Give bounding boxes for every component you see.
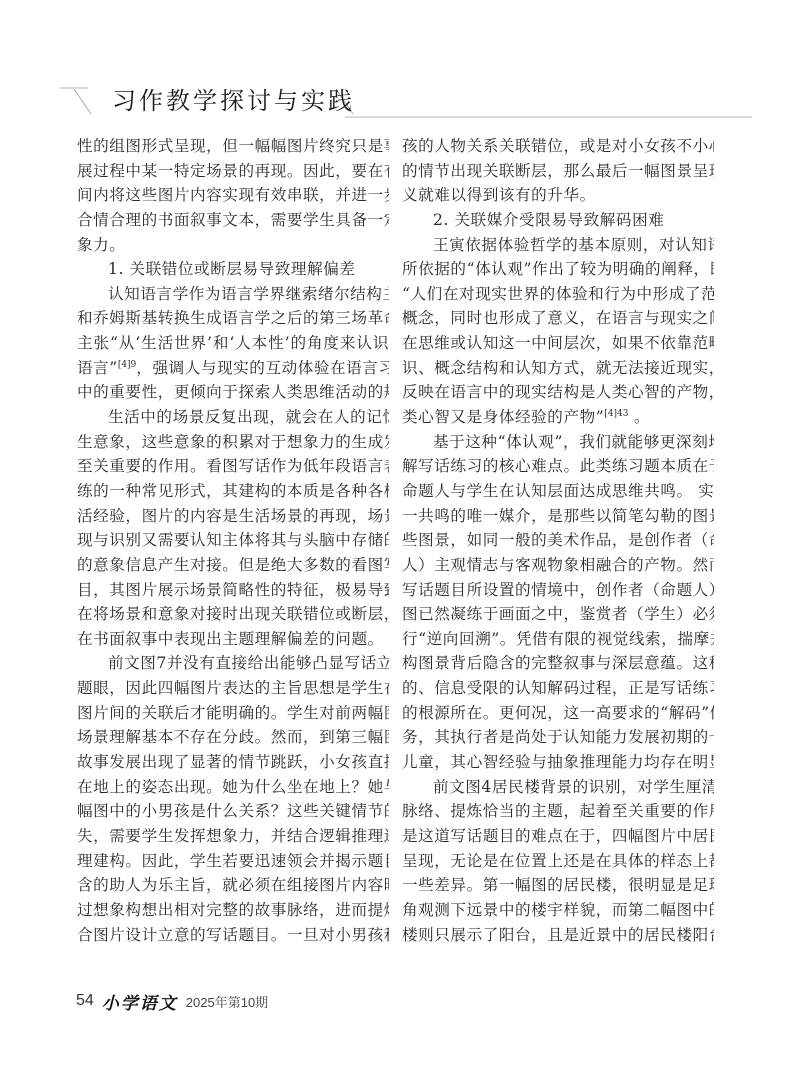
text-line: 至关重要的作用。看图写话作为低年段语言表达训 xyxy=(77,454,389,479)
line-text: 语言” xyxy=(77,359,118,377)
line-text: 的根源所在。更何况，这一高要求的“解码”任 xyxy=(402,704,714,722)
line-text: 务，其执行者是尚处于认知能力发展初期的七八岁 xyxy=(402,728,714,746)
text-line: 识、概念结构和认知方式，就无法接近现实，因此 xyxy=(402,356,714,381)
line-text: 呈现，无论是在位置上还是在具体的样态上都存在 xyxy=(402,852,714,870)
line-text: 中的重要性，更倾向于探索人类思维活动的规律。 xyxy=(77,383,389,401)
line-text: 现与识别又需要认知主体将其与头脑中存储的已有 xyxy=(77,531,389,549)
line-text: 构图景背后隐含的完整叙事与深层意蕴。这种单向 xyxy=(402,654,714,672)
text-line: 展过程中某一特定场景的再现。因此，要在有限时 xyxy=(77,159,389,184)
line-text: 角观测下远景中的楼宇样貌，而第二幅图中的居民 xyxy=(402,901,714,919)
line-text: 间内将这些图片内容实现有效串联，并进一步生成 xyxy=(77,186,389,204)
text-line: 性的组图形式呈现，但一幅幅图片终究只是事件发 xyxy=(77,134,389,159)
line-text: 1. 关联错位或断层易导致理解偏差 xyxy=(108,260,356,278)
text-line: 的情节出现关联断层，那么最后一幅图景呈现的意 xyxy=(402,159,714,184)
line-text: 目，其图片展示场景简略性的特征，极易导致学生 xyxy=(77,581,389,599)
section-header: 习作教学探讨与实践 xyxy=(0,0,800,130)
text-line: 务，其执行者是尚处于认知能力发展初期的七八岁 xyxy=(402,725,714,750)
line-text-continued: 。 xyxy=(628,408,650,426)
text-line: 象力。 xyxy=(77,233,389,258)
text-line: 呈现，无论是在位置上还是在具体的样态上都存在 xyxy=(402,849,714,874)
text-line: 认知语言学作为语言学界继索绪尔结构主义 xyxy=(77,282,389,307)
line-text: 前文图7并没有直接给出能够凸显写话立意的 xyxy=(108,654,389,672)
text-line: 练的一种常见形式，其建构的本质是各种各样的生 xyxy=(77,479,389,504)
text-line: 主张“从‘生活世界’和‘人本性’的角度来认识 xyxy=(77,331,389,356)
line-text: 在将场景和意象对接时出现关联错位或断层，从而 xyxy=(77,605,389,623)
line-text: 义就难以得到该有的升华。 xyxy=(402,186,596,204)
line-text: 王寅依据体验哲学的基本原则，对认知语言学 xyxy=(433,236,714,254)
line-text: 活经验，图片的内容是生活场景的再现，场景的再 xyxy=(77,507,389,525)
text-line: 类心智又是身体经验的产物”[4]43 。 xyxy=(402,405,714,430)
text-line: 失，需要学生发挥想象力，并结合逻辑推理进行合 xyxy=(77,824,389,849)
line-text: 所依据的“体认观”作出了较为明确的阐释，即 xyxy=(402,260,714,278)
text-line: 活经验，图片的内容是生活场景的再现，场景的再 xyxy=(77,504,389,529)
text-line: 的、信息受限的认知解码过程，正是写话练习痛点 xyxy=(402,676,714,701)
text-line: 中的重要性，更倾向于探索人类思维活动的规律。 xyxy=(77,380,389,405)
line-text: 展过程中某一特定场景的再现。因此，要在有限时 xyxy=(77,162,389,180)
text-line: 题眼，因此四幅图片表达的主旨思想是学生在搞清 xyxy=(77,676,389,701)
text-line: 在书面叙事中表现出主题理解偏差的问题。 xyxy=(77,627,389,652)
line-text: 场景理解基本不存在分歧。然而，到第三幅图时， xyxy=(77,728,389,746)
text-line: 概念，同时也形成了意义，在语言与现实之间还存 xyxy=(402,306,714,331)
line-text: 人）主观情志与客观物象相融合的产物。然而，在 xyxy=(402,556,714,574)
line-text: 象力。 xyxy=(77,236,125,254)
line-text: 含的助人为乐主旨，就必须在组接图片内容时，通 xyxy=(77,876,389,894)
line-text: 至关重要的作用。看图写话作为低年段语言表达训 xyxy=(77,457,389,475)
text-line: 在思维或认知这一中间层次，如果不依靠范畴知 xyxy=(402,331,714,356)
line-text: 儿童，其心智经验与抽象推理能力均存在明显局限。 xyxy=(402,753,714,771)
line-text: 一些差异。第一幅图的居民楼，很明显是足球场视 xyxy=(402,876,714,894)
line-text: 楼则只展示了阳台，且是近景中的居民楼阳台样 xyxy=(402,926,714,944)
text-line: “人们在对现实世界的体验和行为中形成了范畴和 xyxy=(402,282,714,307)
text-line: 合情合理的书面叙事文本，需要学生具备一定的想 xyxy=(77,208,389,233)
text-line: 目，其图片展示场景简略性的特征，极易导致学生 xyxy=(77,578,389,603)
line-text: 些图景，如同一般的美术作品，是创作者（命题 xyxy=(402,531,714,549)
text-line: 幅图中的小男孩是什么关系？这些关键情节的缺 xyxy=(77,799,389,824)
line-text: 生意象，这些意象的积累对于想象力的生成发挥着 xyxy=(77,433,389,451)
line-text: 幅图中的小男孩是什么关系？这些关键情节的缺 xyxy=(77,802,389,820)
line-text: 命题人与学生在认知层面达成思维共鸣。 实现这 xyxy=(402,482,714,500)
text-line: 场景理解基本不存在分歧。然而，到第三幅图时， xyxy=(77,725,389,750)
text-line: 图已然凝练于画面之中，鉴赏者（学生）必须进 xyxy=(402,602,714,627)
line-text: 2. 关联媒介受限易导致解码困难 xyxy=(433,211,664,229)
page-number: 54 xyxy=(76,992,94,1010)
text-line: 基于这种“体认观”，我们就能够更深刻地理 xyxy=(402,430,714,455)
line-text: 一共鸣的唯一媒介，是那些以简笔勾勒的图景。这 xyxy=(402,507,714,525)
line-text: 的意象信息产生对接。但是绝大多数的看图写话题 xyxy=(77,556,389,574)
text-line: 的根源所在。更何况，这一高要求的“解码”任 xyxy=(402,701,714,726)
line-text: 的、信息受限的认知解码过程，正是写话练习痛点 xyxy=(402,679,714,697)
line-text: 类心智又是身体经验的产物” xyxy=(402,408,604,426)
text-line: 是这道写话题目的难点在于，四幅图片中居民楼的 xyxy=(402,824,714,849)
text-line: 所依据的“体认观”作出了较为明确的阐释，即 xyxy=(402,257,714,282)
line-text: 图片间的关联后才能明确的。学生对前两幅图片的 xyxy=(77,704,389,722)
text-line: 解写话练习的核心难点。此类练习题本质在于要求 xyxy=(402,454,714,479)
line-text: 行“逆向回溯”。凭借有限的视觉线索，揣摩并重 xyxy=(402,630,714,648)
text-line: 语言”[4]9，强调人与现实的互动体验在语言习得 xyxy=(77,356,389,381)
text-line: 一共鸣的唯一媒介，是那些以简笔勾勒的图景。这 xyxy=(402,504,714,529)
text-line: 一些差异。第一幅图的居民楼，很明显是足球场视 xyxy=(402,873,714,898)
line-text: 在地上的姿态出现。她为什么坐在地上？她与前两 xyxy=(77,778,389,796)
text-line: 构图景背后隐含的完整叙事与深层意蕴。这种单向 xyxy=(402,651,714,676)
line-text: 故事发展出现了显著的情节跳跃，小女孩直接以坐 xyxy=(77,753,389,771)
line-text: 反映在语言中的现实结构是人类心智的产物，而人 xyxy=(402,383,714,401)
citation-superscript: [4]9 xyxy=(118,360,136,370)
text-line: 儿童，其心智经验与抽象推理能力均存在明显局限。 xyxy=(402,750,714,775)
text-line: 生意象，这些意象的积累对于想象力的生成发挥着 xyxy=(77,430,389,455)
subheading: 1. 关联错位或断层易导致理解偏差 xyxy=(77,257,389,282)
text-line: 角观测下远景中的楼宇样貌，而第二幅图中的居民 xyxy=(402,898,714,923)
text-line: 在地上的姿态出现。她为什么坐在地上？她与前两 xyxy=(77,775,389,800)
line-text: 性的组图形式呈现，但一幅幅图片终究只是事件发 xyxy=(77,137,389,155)
line-text: 前文图4居民楼背景的识别，对学生厘清故事 xyxy=(433,778,714,796)
subheading: 2. 关联媒介受限易导致解码困难 xyxy=(402,208,714,233)
line-text: 是这道写话题目的难点在于，四幅图片中居民楼的 xyxy=(402,827,714,845)
text-line: 楼则只展示了阳台，且是近景中的居民楼阳台样 xyxy=(402,923,714,948)
text-line: 现与识别又需要认知主体将其与头脑中存储的已有 xyxy=(77,528,389,553)
line-text: 的情节出现关联断层，那么最后一幅图景呈现的意 xyxy=(402,162,714,180)
line-text: 孩的人物关系关联错位，或是对小女孩不小心摔倒 xyxy=(402,137,714,155)
line-text: 概念，同时也形成了意义，在语言与现实之间还存 xyxy=(402,309,714,327)
line-text: 主张“从‘生活世界’和‘人本性’的角度来认识 xyxy=(77,334,389,352)
text-line: 写话题目所设置的情境中，创作者（命题人）的意 xyxy=(402,578,714,603)
line-text: 过想象构想出相对完整的故事脉络，进而提炼出契 xyxy=(77,901,389,919)
text-line: 命题人与学生在认知层面达成思维共鸣。 实现这 xyxy=(402,479,714,504)
line-text: 生活中的场景反复出现，就会在人的记忆里产 xyxy=(108,408,389,426)
section-title: 习作教学探讨与实践 xyxy=(112,86,355,116)
line-text: 失，需要学生发挥想象力，并结合逻辑推理进行合 xyxy=(77,827,389,845)
line-text: 合图片设计立意的写话题目。一旦对小男孩和小女 xyxy=(77,926,389,944)
line-text: 认知语言学作为语言学界继索绪尔结构主义 xyxy=(108,285,389,303)
text-line: 王寅依据体验哲学的基本原则，对认知语言学 xyxy=(402,233,714,258)
page-footer: 54 小学语文 2025年第10期 xyxy=(76,990,268,1012)
text-line: 生活中的场景反复出现，就会在人的记忆里产 xyxy=(77,405,389,430)
text-line: 行“逆向回溯”。凭借有限的视觉线索，揣摩并重 xyxy=(402,627,714,652)
text-line: 反映在语言中的现实结构是人类心智的产物，而人 xyxy=(402,380,714,405)
right-column: 孩的人物关系关联错位，或是对小女孩不小心摔倒的情节出现关联断层，那么最后一幅图景… xyxy=(402,134,714,947)
left-column: 性的组图形式呈现，但一幅幅图片终究只是事件发展过程中某一特定场景的再现。因此，要… xyxy=(77,134,389,947)
text-line: 和乔姆斯基转换生成语言学之后的第三场革命， xyxy=(77,306,389,331)
line-text: 在书面叙事中表现出主题理解偏差的问题。 xyxy=(77,630,384,648)
line-text: 题眼，因此四幅图片表达的主旨思想是学生在搞清 xyxy=(77,679,389,697)
line-text: 脉络、提炼恰当的主题，起着至关重要的作用。但 xyxy=(402,802,714,820)
text-line: 孩的人物关系关联错位，或是对小女孩不小心摔倒 xyxy=(402,134,714,159)
text-line: 的意象信息产生对接。但是绝大多数的看图写话题 xyxy=(77,553,389,578)
text-line: 前文图4居民楼背景的识别，对学生厘清故事 xyxy=(402,775,714,800)
line-text: 解写话练习的核心难点。此类练习题本质在于要求 xyxy=(402,457,714,475)
line-text: 练的一种常见形式，其建构的本质是各种各样的生 xyxy=(77,482,389,500)
journal-name: 小学语文 xyxy=(102,989,178,1014)
line-text: 基于这种“体认观”，我们就能够更深刻地理 xyxy=(433,433,714,451)
text-line: 间内将这些图片内容实现有效串联，并进一步生成 xyxy=(77,183,389,208)
text-line: 脉络、提炼恰当的主题，起着至关重要的作用。但 xyxy=(402,799,714,824)
line-text: 写话题目所设置的情境中，创作者（命题人）的意 xyxy=(402,581,714,599)
text-line: 图片间的关联后才能明确的。学生对前两幅图片的 xyxy=(77,701,389,726)
line-text: “人们在对现实世界的体验和行为中形成了范畴和 xyxy=(402,285,714,303)
text-line: 合图片设计立意的写话题目。一旦对小男孩和小女 xyxy=(77,923,389,948)
issue-label: 2025年第10期 xyxy=(186,992,268,1011)
line-text: 识、概念结构和认知方式，就无法接近现实，因此 xyxy=(402,359,714,377)
text-line: 在将场景和意象对接时出现关联错位或断层，从而 xyxy=(77,602,389,627)
text-line: 含的助人为乐主旨，就必须在组接图片内容时，通 xyxy=(77,873,389,898)
line-text: 理建构。因此，学生若要迅速领会并揭示题目所蕴 xyxy=(77,852,389,870)
line-text: 图已然凝练于画面之中，鉴赏者（学生）必须进 xyxy=(402,605,714,623)
line-text: 在思维或认知这一中间层次，如果不依靠范畴知 xyxy=(402,334,714,352)
text-line: 些图景，如同一般的美术作品，是创作者（命题 xyxy=(402,528,714,553)
citation-superscript: [4]43 xyxy=(604,409,628,419)
text-line: 前文图7并没有直接给出能够凸显写话立意的 xyxy=(77,651,389,676)
text-line: 义就难以得到该有的升华。 xyxy=(402,183,714,208)
line-text-continued: ，强调人与现实的互动体验在语言习得 xyxy=(136,359,389,377)
text-line: 理建构。因此，学生若要迅速领会并揭示题目所蕴 xyxy=(77,849,389,874)
text-line: 人）主观情志与客观物象相融合的产物。然而，在 xyxy=(402,553,714,578)
text-line: 故事发展出现了显著的情节跳跃，小女孩直接以坐 xyxy=(77,750,389,775)
line-text: 合情合理的书面叙事文本，需要学生具备一定的想 xyxy=(77,211,389,229)
text-line: 过想象构想出相对完整的故事脉络，进而提炼出契 xyxy=(77,898,389,923)
line-text: 和乔姆斯基转换生成语言学之后的第三场革命， xyxy=(77,309,389,327)
